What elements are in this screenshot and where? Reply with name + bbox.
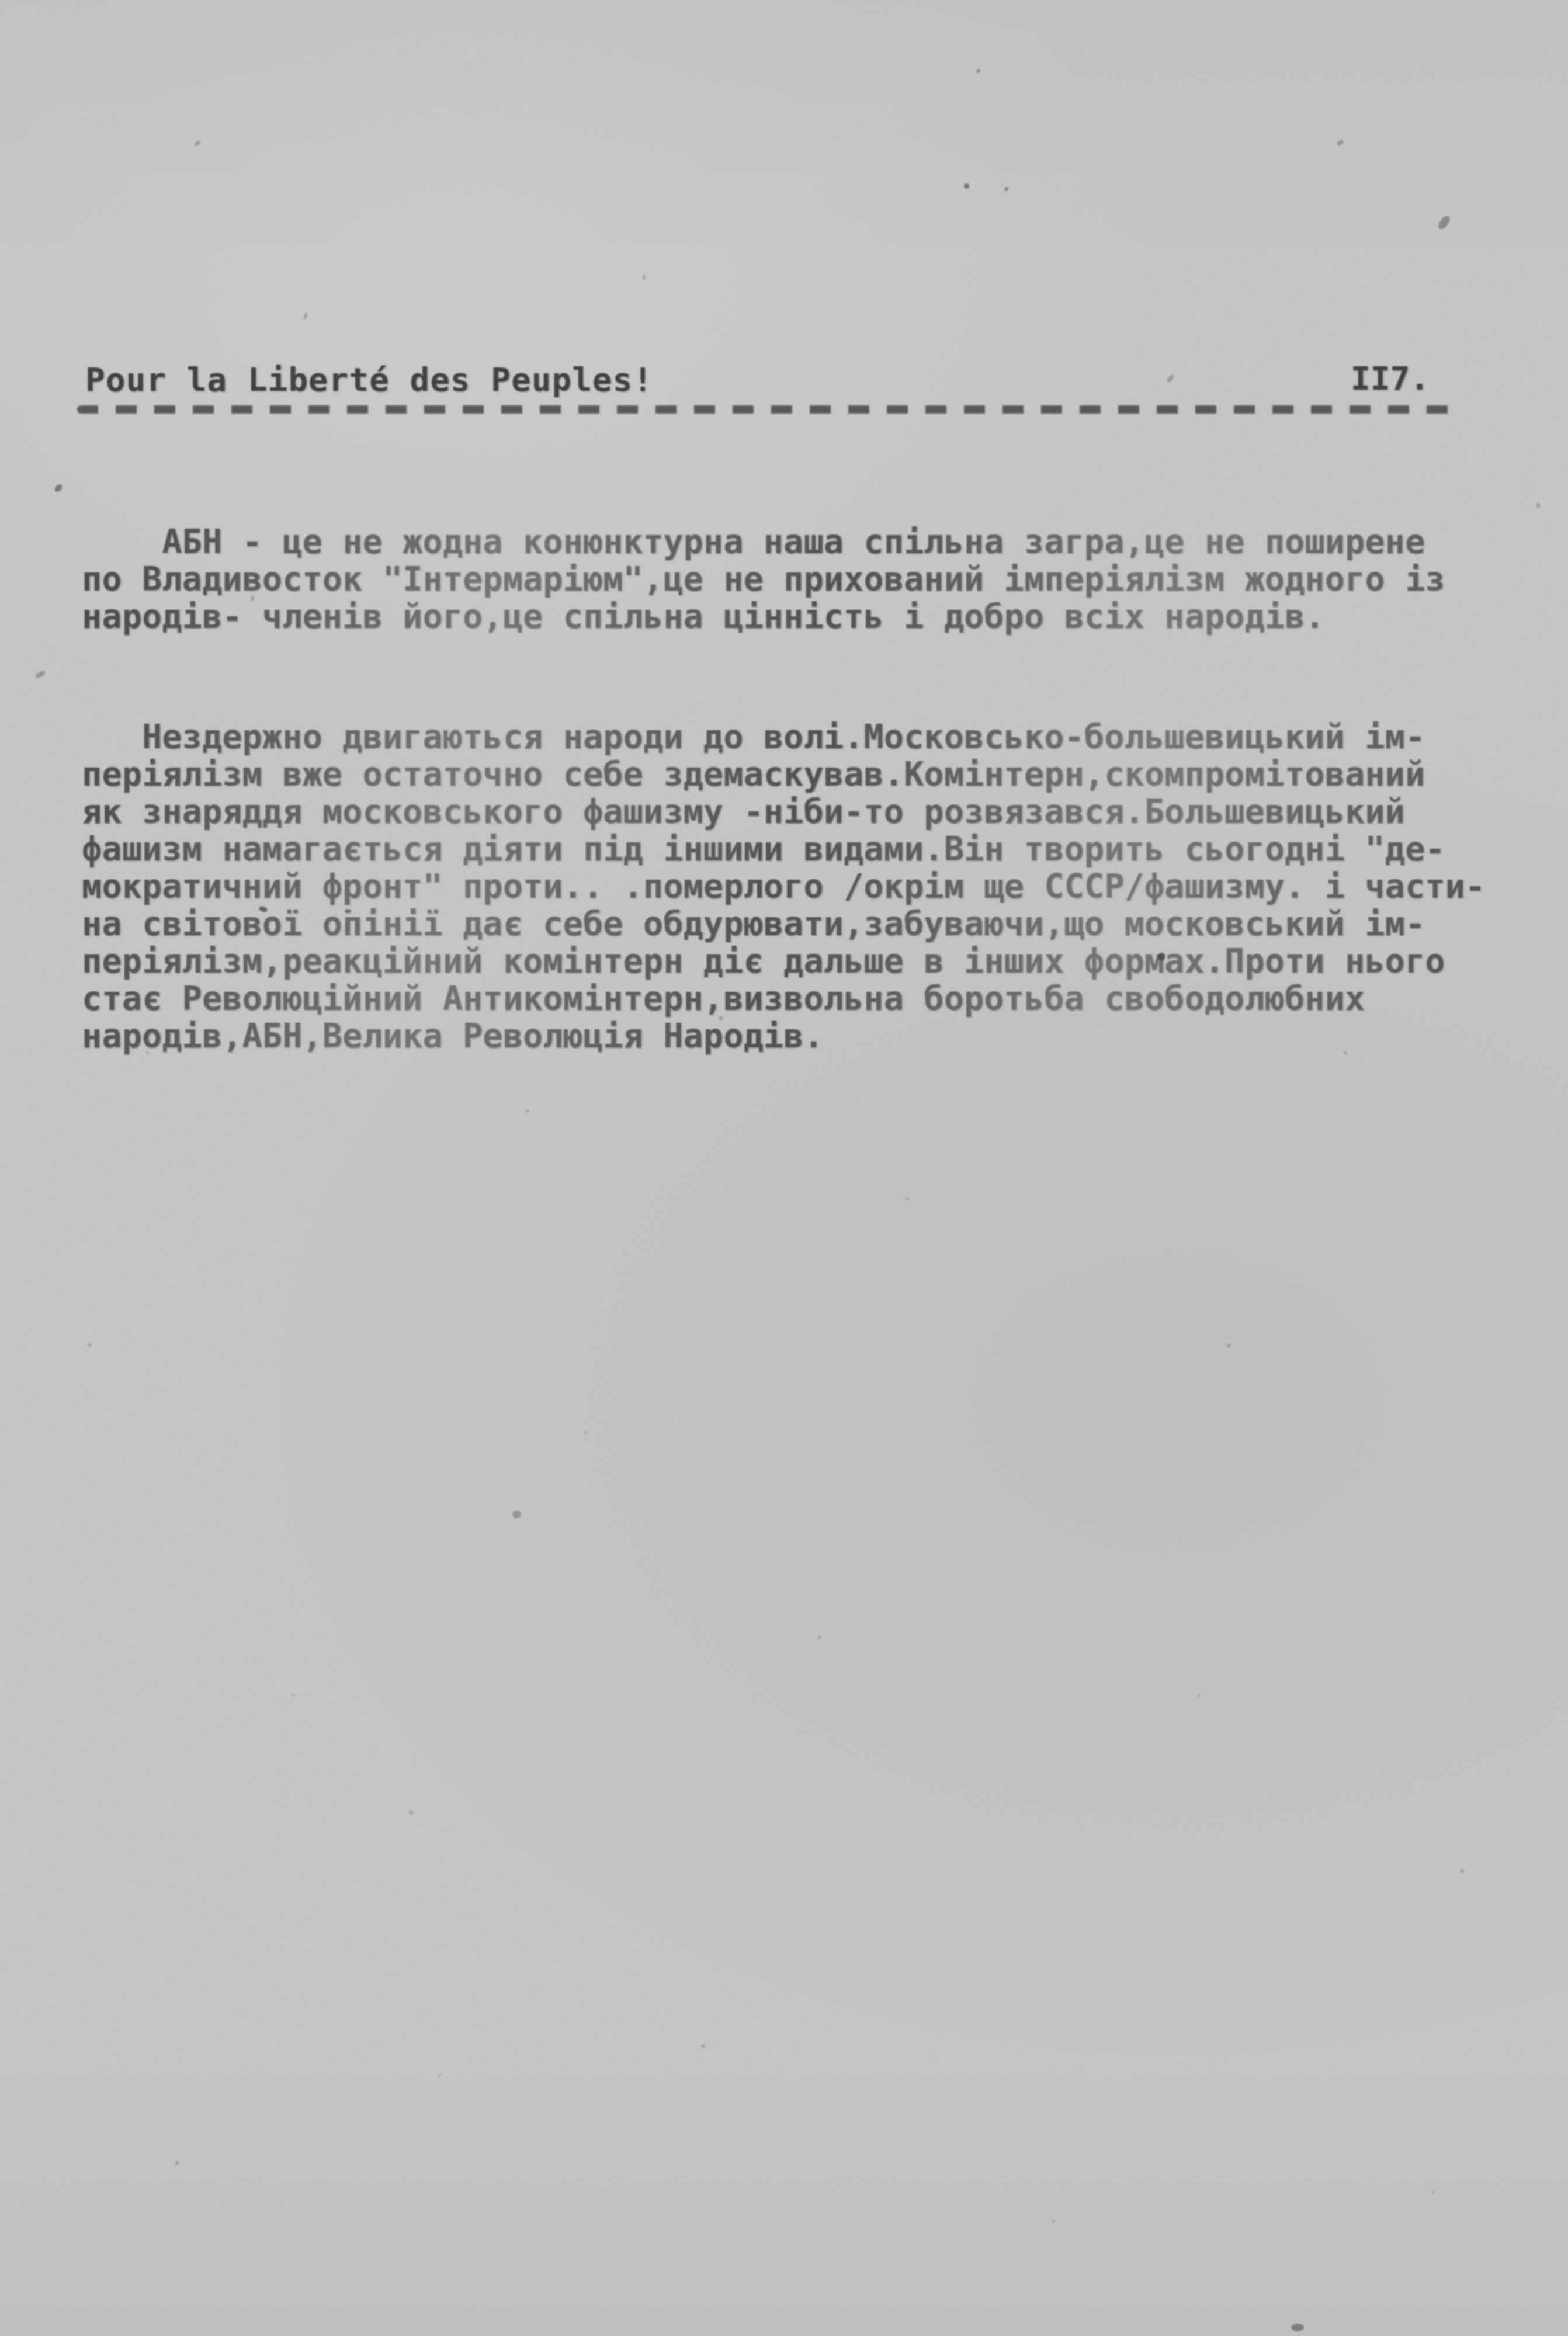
document-body: АБН - це не жодна конюнктурна наша спіль… — [82, 449, 1519, 1130]
scanned-document-page: Pour la Liberté des Peuples! II7. АБН - … — [0, 0, 1568, 2336]
paragraph-1: АБН - це не жодна конюнктурна наша спіль… — [82, 523, 1519, 636]
paper-shading — [0, 0, 1568, 2336]
dust-speck — [1004, 187, 1008, 191]
header-dashed-rule — [77, 405, 1462, 414]
paragraph-2: Нездержно двигаються народи до волі.Моск… — [82, 718, 1519, 1055]
dust-speck — [1052, 2220, 1055, 2223]
dust-speck — [1335, 139, 1344, 147]
dust-speck — [1461, 1869, 1464, 1873]
dust-speck — [409, 1811, 413, 1814]
dust-speck — [88, 1344, 91, 1347]
paper-grain-texture — [0, 0, 1568, 2336]
dust-speck — [34, 669, 46, 679]
dust-speck — [642, 275, 646, 280]
dust-speck — [1536, 502, 1541, 508]
dust-speck — [1431, 2191, 1434, 2193]
dust-speck — [818, 1636, 821, 1639]
dust-speck — [1437, 214, 1452, 231]
dust-speck — [292, 1694, 295, 1697]
dust-speck — [175, 2161, 179, 2165]
header-motto: Pour la Liberté des Peuples! — [85, 361, 653, 399]
page-number: II7. — [1351, 360, 1430, 398]
dust-speck — [964, 183, 969, 189]
dust-speck — [1227, 1344, 1231, 1348]
dust-speck — [906, 1197, 909, 1200]
dust-speck — [701, 2045, 705, 2048]
dust-speck — [194, 140, 201, 147]
dust-speck — [303, 312, 309, 320]
dust-speck — [1198, 1694, 1201, 1697]
dust-speck — [512, 1511, 521, 1518]
dust-speck — [438, 2074, 441, 2077]
dust-speck — [584, 1431, 587, 1434]
dust-speck — [976, 69, 980, 73]
dust-speck — [53, 483, 63, 494]
dust-speck — [1166, 374, 1175, 384]
dust-speck — [1291, 2324, 1304, 2331]
